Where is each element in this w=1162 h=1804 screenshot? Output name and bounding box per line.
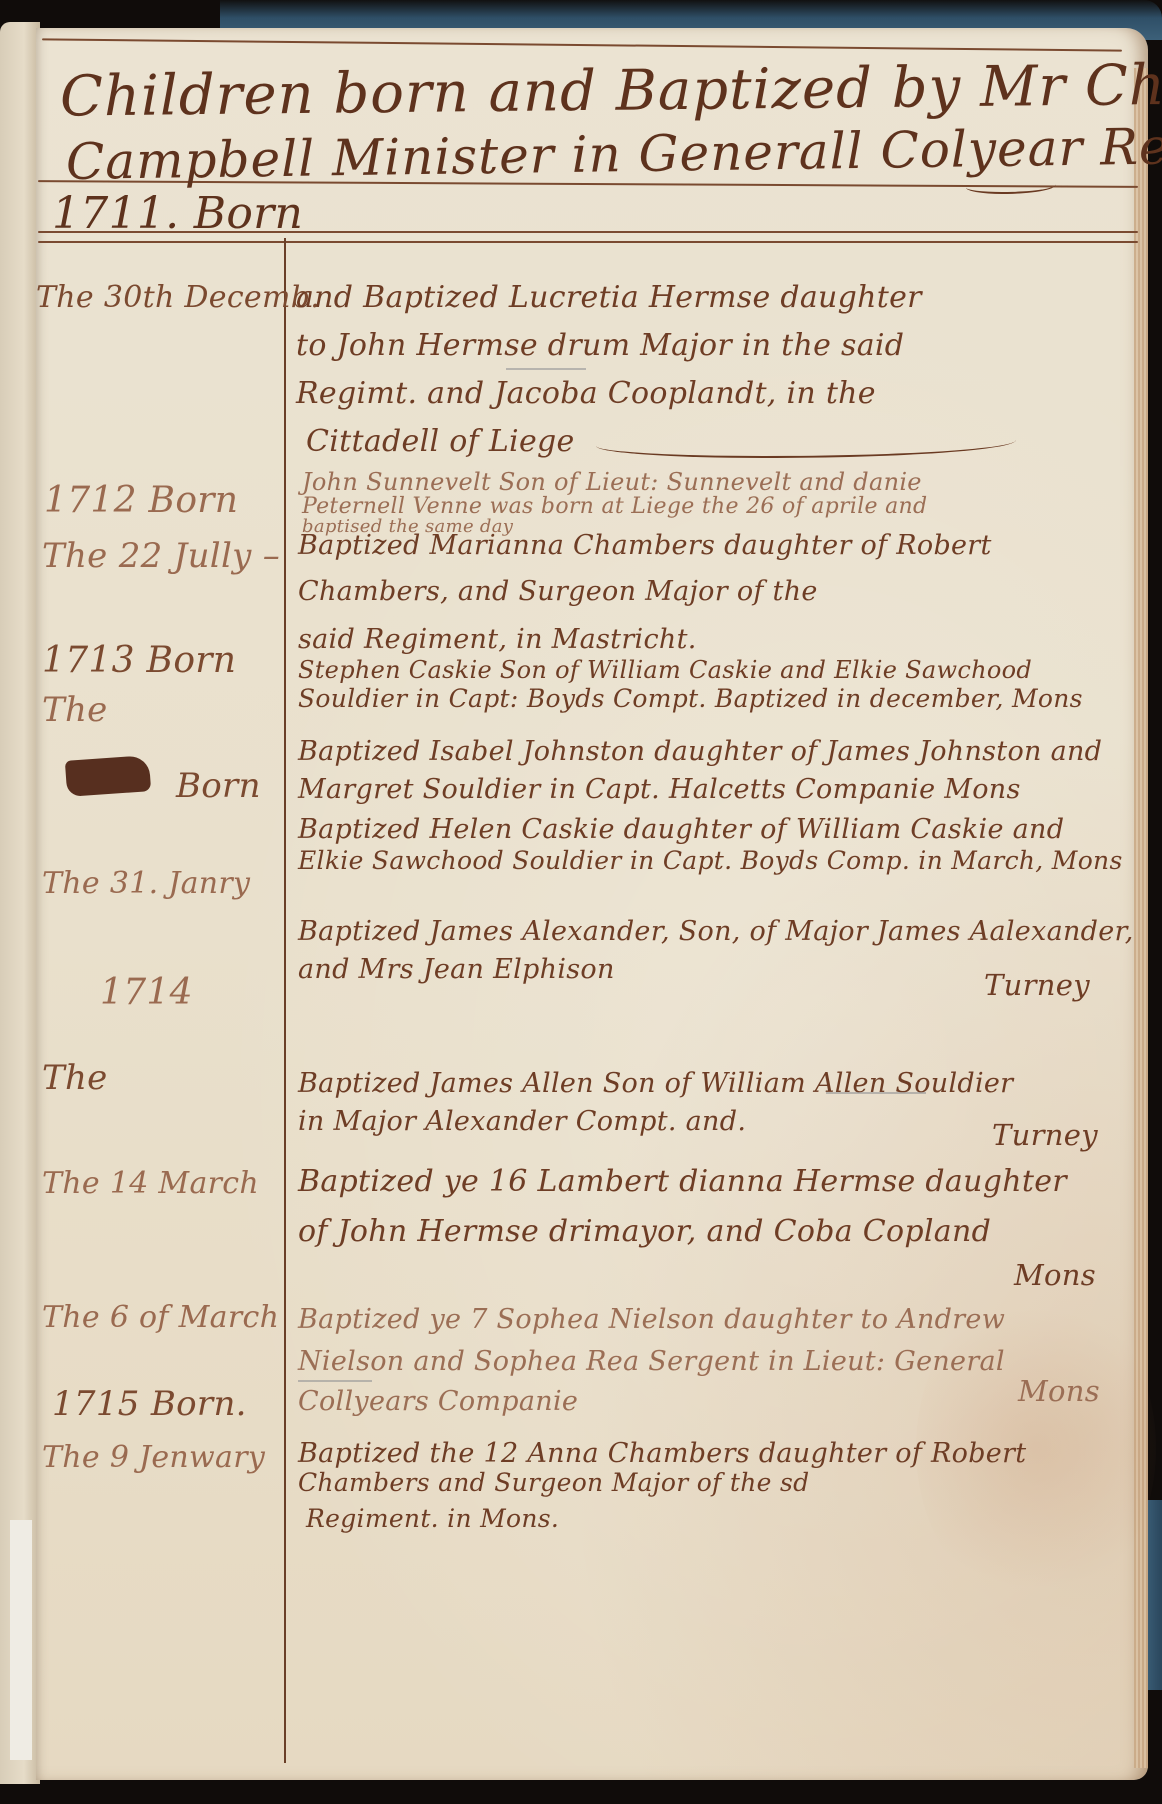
entry-place: Turney — [984, 968, 1090, 1002]
entry-line: Nielson and Sophea Rea Sergent in Lieut:… — [298, 1346, 1005, 1377]
margin-date: The 9 Jenwary — [42, 1440, 265, 1475]
scanned-register-page: Children born and Baptized by Mr Charles… — [0, 0, 1162, 1804]
entry-line: Baptized ye 16 Lambert dianna Hermse dau… — [298, 1164, 1067, 1199]
entry-place: Turney — [992, 1118, 1098, 1152]
entry-line: to John Hermse drum Major in the said — [296, 328, 904, 363]
entry-line: Elkie Sawchood Souldier in Capt. Boyds C… — [298, 846, 1123, 875]
entry-line: Margret Souldier in Capt. Halcetts Compa… — [298, 774, 1021, 805]
entry-flourish — [596, 428, 1016, 458]
margin-column-rule — [284, 238, 286, 1763]
entry-line: Souldier in Capt: Boyds Compt. Baptized … — [298, 684, 1083, 713]
faint-underline — [298, 1380, 372, 1382]
section-year-label: 1711. Born — [52, 188, 303, 239]
entry-line: said Regiment, in Mastricht. — [298, 624, 697, 655]
entry-place: Mons — [1014, 1258, 1096, 1292]
entry-line: John Sunnevelt Son of Lieut: Sunnevelt a… — [302, 468, 922, 496]
crossed-out-year-blot — [65, 755, 151, 797]
faint-underline — [826, 1092, 926, 1094]
entry-line: Baptized Marianna Chambers daughter of R… — [298, 530, 992, 561]
register-title-line-1: Children born and Baptized by Mr Charles — [60, 51, 1162, 129]
margin-year: 1712 Born — [44, 480, 238, 521]
entry-line: Baptized ye 7 Sophea Nielson daughter to… — [298, 1304, 1005, 1335]
entry-line: Collyears Companie — [298, 1386, 578, 1417]
margin-date: The — [42, 690, 108, 730]
entry-line: Baptized the 12 Anna Chambers daughter o… — [298, 1438, 1026, 1469]
entry-line: and Mrs Jean Elphison — [298, 954, 615, 985]
entry-line: Baptized Isabel Johnston daughter of Jam… — [298, 736, 1102, 767]
margin-date: The 22 Jully – — [42, 536, 280, 576]
margin-date: The 6 of March — [42, 1300, 279, 1335]
faint-underline — [506, 368, 586, 370]
entry-line: in Major Alexander Compt. and. — [298, 1106, 746, 1137]
margin-year: 1715 Born. — [52, 1384, 247, 1424]
top-rule — [42, 38, 1122, 51]
page-tab-strip — [10, 1520, 32, 1760]
margin-date: The 31. Janry — [42, 866, 250, 901]
entry-place: Mons — [1018, 1374, 1100, 1408]
entry-line: Baptized James Alexander, Son, of Major … — [298, 916, 1134, 947]
entry-line: Baptized Helen Caskie daughter of Willia… — [298, 814, 1064, 845]
manuscript-page: Children born and Baptized by Mr Charles… — [36, 28, 1148, 1780]
margin-date: The — [42, 1058, 108, 1098]
header-rule-2 — [38, 241, 1138, 243]
entry-line: Stephen Caskie Son of William Caskie and… — [298, 656, 1032, 684]
entry-line: Regimt. and Jacoba Cooplandt, in the — [296, 376, 876, 411]
entry-line: Chambers and Surgeon Major of the sd — [298, 1468, 809, 1497]
margin-year: 1713 Born — [42, 640, 236, 681]
entry-line: Chambers, and Surgeon Major of the — [298, 576, 818, 607]
margin-year-born: Born — [176, 766, 261, 806]
margin-date: The 14 March — [42, 1166, 259, 1201]
entry-line: of John Hermse drimayor, and Coba Coplan… — [298, 1214, 991, 1249]
title-flourish — [966, 178, 1056, 194]
margin-year: 1714 — [100, 972, 193, 1013]
margin-date: The 30th Decemb. — [36, 280, 320, 315]
entry-line: Cittadell of Liege — [306, 424, 575, 459]
entry-line: Baptized James Allen Son of William Alle… — [298, 1068, 1013, 1099]
entry-line: Regiment. in Mons. — [306, 1504, 559, 1533]
entry-line: and Baptized Lucretia Hermse daughter — [296, 280, 922, 315]
